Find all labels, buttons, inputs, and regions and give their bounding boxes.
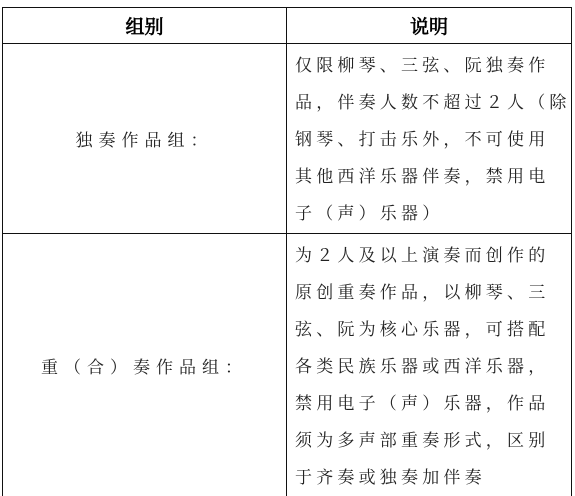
- description-line: 于齐奏或独奏加伴奏: [295, 460, 563, 496]
- description-line: 弦、阮为核心乐器，可搭配: [295, 312, 563, 349]
- description-line: 仅限柳琴、三弦、阮独奏作: [295, 48, 563, 85]
- description-solo: 仅限柳琴、三弦、阮独奏作 品，伴奏人数不超过２人（除 钢琴、打击乐外，不可使用 …: [287, 44, 572, 234]
- description-line: 原创重奏作品，以柳琴、三: [295, 275, 563, 312]
- description-line: 禁用电子（声）乐器，作品: [295, 386, 563, 423]
- description-line: 为２人及以上演奏而创作的: [295, 238, 563, 275]
- table-row-ensemble: 重（合）奏作品组： 为２人及以上演奏而创作的 原创重奏作品，以柳琴、三 弦、阮为…: [3, 234, 572, 496]
- header-group: 组别: [3, 8, 287, 44]
- description-ensemble: 为２人及以上演奏而创作的 原创重奏作品，以柳琴、三 弦、阮为核心乐器，可搭配 各…: [287, 234, 572, 496]
- description-line: 子（声）乐器）: [295, 196, 563, 233]
- categories-table: 组别 说明 独奏作品组： 仅限柳琴、三弦、阮独奏作 品，伴奏人数不超过２人（除 …: [2, 7, 572, 496]
- table-row-solo: 独奏作品组： 仅限柳琴、三弦、阮独奏作 品，伴奏人数不超过２人（除 钢琴、打击乐…: [3, 44, 572, 234]
- table-header-row: 组别 说明: [3, 8, 572, 44]
- description-line: 须为多声部重奏形式，区别: [295, 423, 563, 460]
- description-line: 其他西洋乐器伴奏，禁用电: [295, 159, 563, 196]
- description-line: 钢琴、打击乐外，不可使用: [295, 122, 563, 159]
- description-line: 各类民族乐器或西洋乐器，: [295, 349, 563, 386]
- group-name-ensemble: 重（合）奏作品组：: [3, 234, 287, 496]
- header-description: 说明: [287, 8, 572, 44]
- description-line: 品，伴奏人数不超过２人（除: [295, 85, 563, 122]
- group-name-solo: 独奏作品组：: [3, 44, 287, 234]
